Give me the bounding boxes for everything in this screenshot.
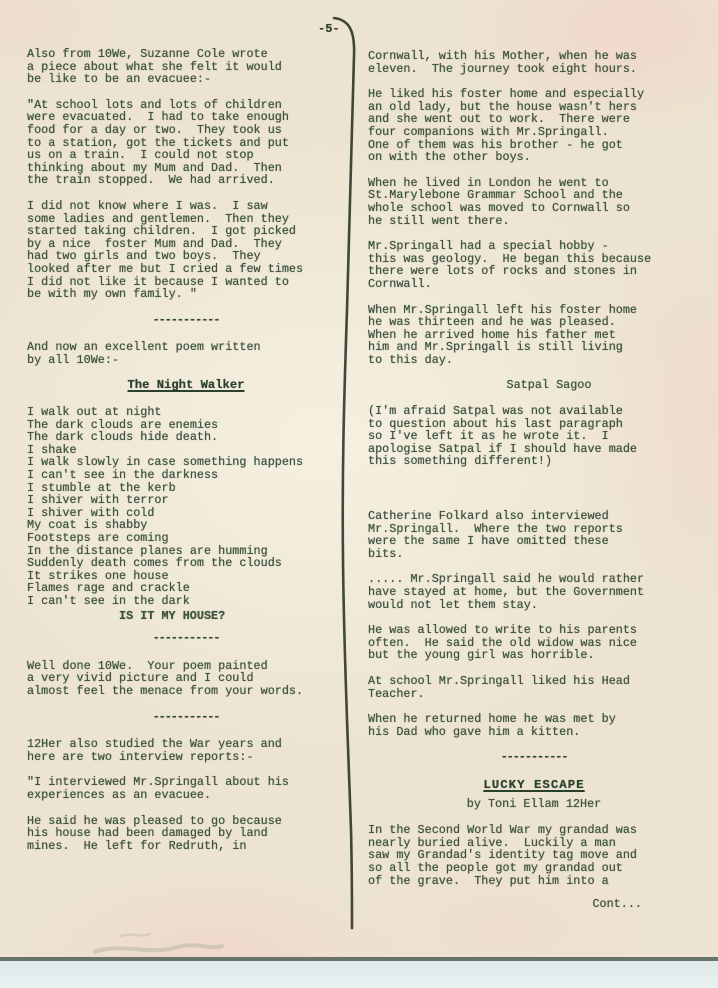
editor-note-paragraph: (I'm afraid Satpal was not available to … [368, 405, 700, 468]
scanner-background-strip [0, 961, 718, 988]
springall-paragraph-2: He liked his foster home and especially … [368, 88, 700, 164]
section-divider: ----------- [368, 751, 700, 764]
story-byline: by Toni Ellam 12Her [368, 798, 700, 811]
praise-paragraph: Well done 10We. Your poem painted a very… [27, 660, 345, 698]
page-bottom-edge [0, 957, 718, 961]
evacuee-quote-paragraph-2: I did not know where I was. I saw some l… [27, 200, 345, 301]
interview-quote-paragraph: "I interviewed Mr.Springall about his ex… [27, 776, 345, 801]
catherine-report-4: When he returned home he was met by his … [368, 713, 700, 738]
continued-label: Cont... [368, 898, 700, 911]
springall-paragraph-5: When Mr.Springall left his foster home h… [368, 304, 700, 367]
section-divider: ----------- [27, 314, 345, 327]
poem-line: I can't see in the darkness [27, 469, 345, 482]
poem-line: I walk out at night [27, 406, 345, 419]
section-divider: ----------- [27, 711, 345, 724]
right-column: Cornwall, with his Mother, when he was e… [368, 0, 700, 911]
poem-line: Footsteps are coming [27, 532, 345, 545]
author-signature: Satpal Sagoo [368, 379, 700, 392]
poem-last-line: IS IT MY HOUSE? [119, 610, 345, 623]
poem-line: I shiver with terror [27, 494, 345, 507]
springall-paragraph-3: When he lived in London he went to St.Ma… [368, 177, 700, 227]
interviews-intro-paragraph: 12Her also studied the War years and her… [27, 738, 345, 763]
story-title: LUCKY ESCAPE [368, 779, 700, 792]
scanned-newsletter-page: -5- Also from 10We, Suzanne Cole wrote a… [0, 0, 718, 988]
springall-paragraph-4: Mr.Springall had a special hobby - this … [368, 240, 700, 290]
poem-line: Suddenly death comes from the clouds [27, 557, 345, 570]
poem-line: I can't see in the dark [27, 595, 345, 608]
left-column: Also from 10We, Suzanne Cole wrote a pie… [27, 0, 345, 865]
poem-line: The dark clouds hide death. [27, 431, 345, 444]
poem-intro-paragraph: And now an excellent poem written by all… [27, 341, 345, 366]
catherine-report-1: ..... Mr.Springall said he would rather … [368, 573, 700, 611]
catherine-report-2: He was allowed to write to his parents o… [368, 624, 700, 662]
poem-title: The Night Walker [27, 379, 345, 392]
intro-paragraph: Also from 10We, Suzanne Cole wrote a pie… [27, 48, 345, 86]
poem-body: I walk out at nightThe dark clouds are e… [27, 406, 345, 608]
pencil-smudge [95, 945, 222, 952]
catherine-report-3: At school Mr.Springall liked his Head Te… [368, 675, 700, 700]
pencil-smudge [120, 934, 150, 936]
springall-paragraph-1: Cornwall, with his Mother, when he was e… [368, 50, 700, 75]
evacuee-quote-paragraph-1: "At school lots and lots of children wer… [27, 99, 345, 187]
section-divider: ----------- [27, 632, 345, 645]
interview-paragraph-2: He said he was pleased to go because his… [27, 815, 345, 853]
catherine-paragraph: Catherine Folkard also interviewed Mr.Sp… [368, 510, 700, 560]
story-paragraph-1: In the Second World War my grandad was n… [368, 824, 700, 887]
